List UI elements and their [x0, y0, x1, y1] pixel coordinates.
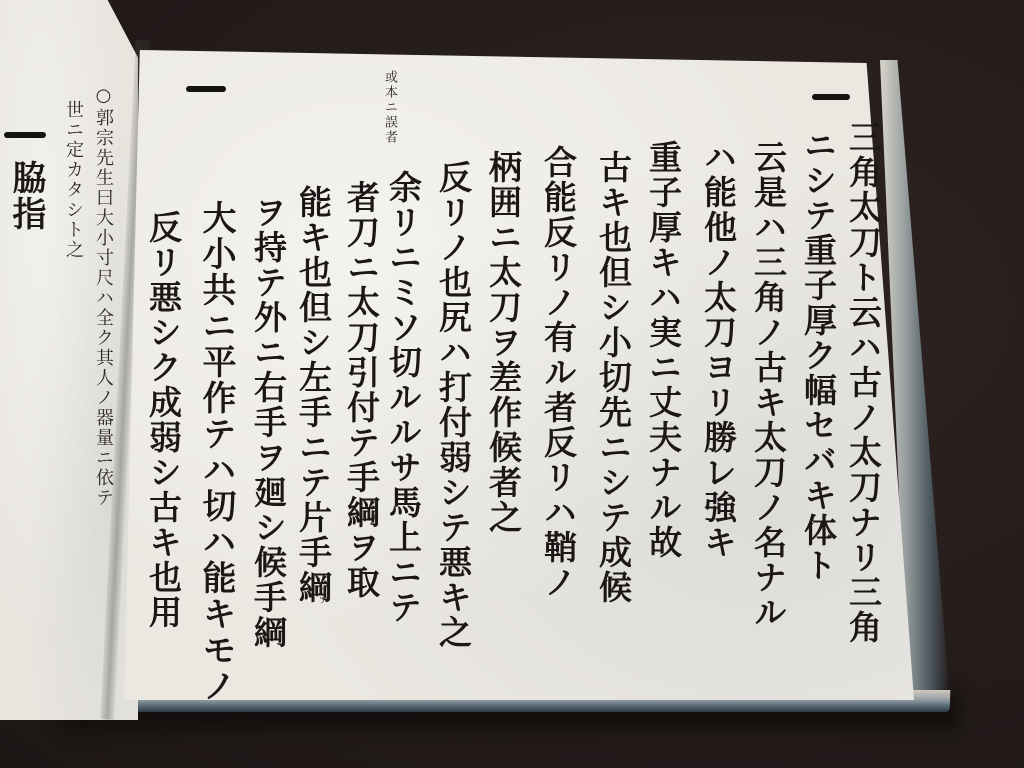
text-column-4: ハ能他ノ太刀ヨリ勝レ強キ — [695, 140, 742, 560]
text-column-9: 反リノ也尻ハ打付弱シテ悪キ之 — [430, 160, 477, 650]
section-mark-right — [812, 94, 850, 100]
section-mark-left — [186, 86, 226, 92]
text-column-7: 合能反リノ有ル者反リハ鞘ノ — [535, 145, 582, 600]
margin-annotation: 或本ニ誤者 — [380, 70, 399, 145]
text-column-14: 大小共ニ平作テハ切ハ能キモノ — [192, 200, 241, 704]
text-column-10: 余リニミソ切ルルサ馬上ニテ — [380, 170, 427, 625]
text-column-15: 反リ悪シク成弱シ古キ也用 — [140, 210, 187, 630]
text-column-8: 柄囲ニ太刀ヲ差作候者之 — [480, 150, 527, 535]
text-column-12: 能キ也但シ左手ニテ片手綱 — [290, 185, 337, 605]
text-column-6: 古キ也但シ小切先ニシテ成候 — [590, 150, 637, 605]
photo-scene: 脇指 世ニ定カタシト之 ○郭宗先生曰大小寸尺ハ全ク其人ノ器量ニ依テ 或本ニ誤者 … — [0, 0, 1024, 768]
left-page-heading: 脇指 — [2, 160, 51, 232]
section-mark — [4, 132, 46, 138]
text-column-2: ニシテ重子厚ク幅セバキ体ト — [795, 128, 842, 583]
text-column-5: 重子厚キハ実ニ丈夫ナル故 — [640, 140, 687, 560]
text-column-13: ヲ持テ外ニ右手ヲ廻シ候手綱 — [245, 195, 292, 650]
furigana-1: ツナ — [365, 500, 381, 526]
furigana-2: ツナ — [315, 580, 331, 606]
left-column-1: ○郭宗先生曰大小寸尺ハ全ク其人ノ器量ニ依テ — [90, 85, 116, 508]
text-column-11: 者刀ニ太刀引付テ手綱ヲ取 — [338, 180, 385, 600]
text-column-3: 云是ハ三角ノ古キ太刀ノ名ナル — [745, 140, 792, 630]
text-column-1: 三角太刀ト云ハ古ノ太刀ナリ三角 — [840, 120, 887, 645]
left-column-2: 世ニ定カタシト之 — [60, 100, 86, 260]
